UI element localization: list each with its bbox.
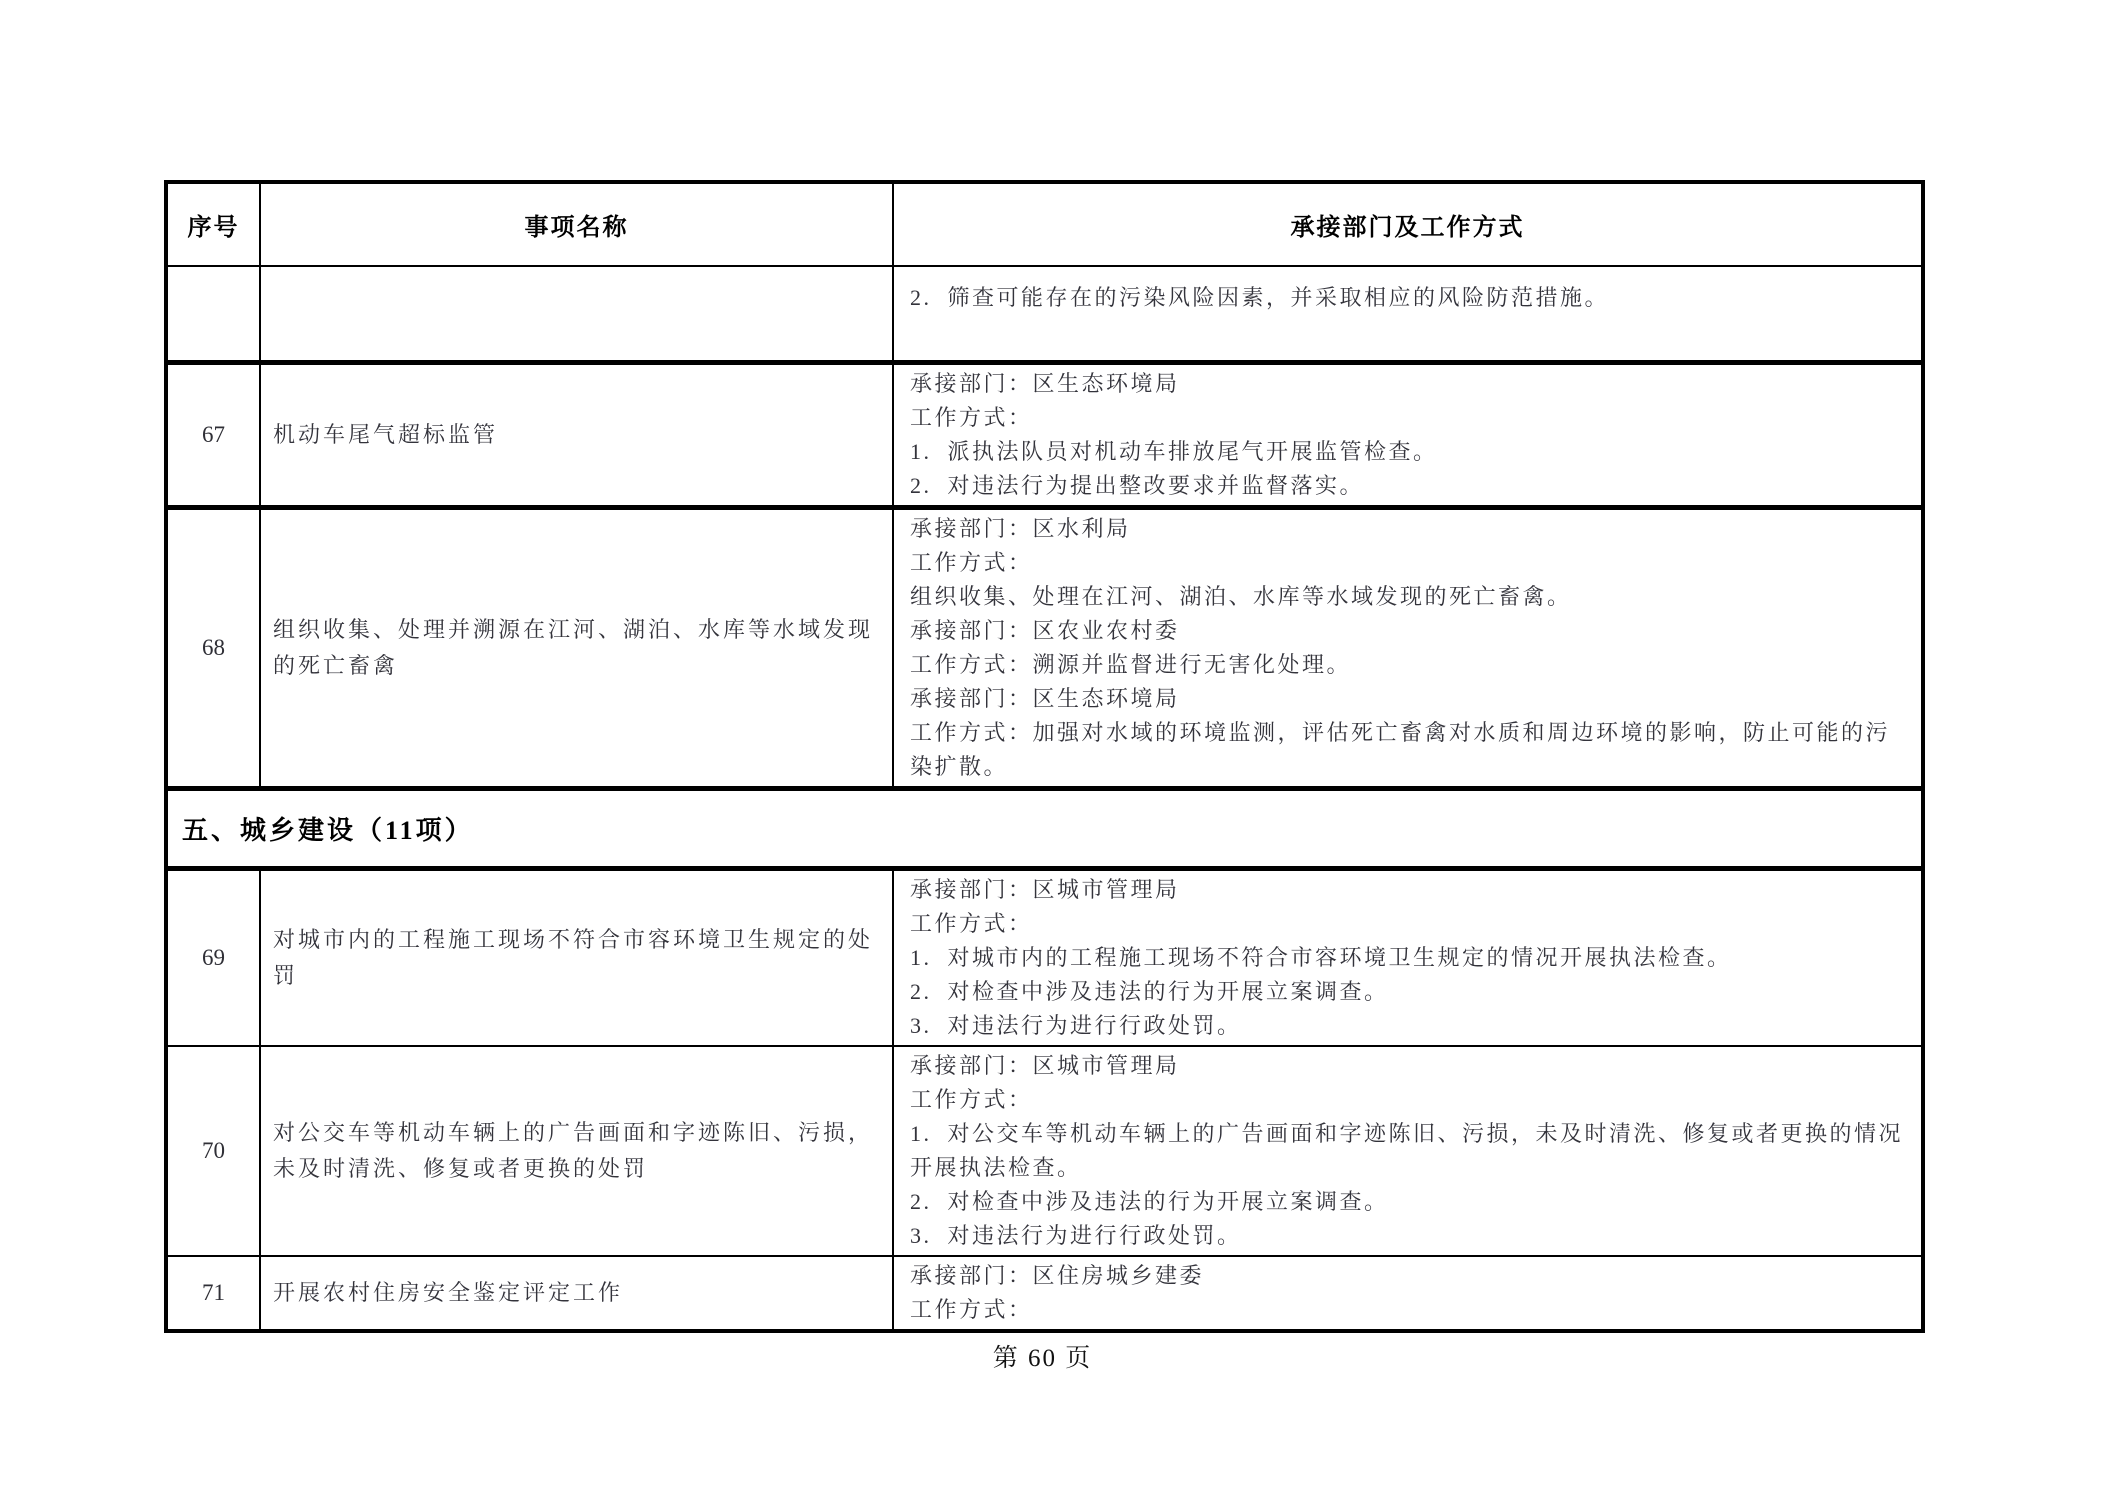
detail-line: 工作方式： xyxy=(910,1083,1905,1117)
detail-line: 3. 对违法行为进行行政处罚。 xyxy=(910,1219,1905,1253)
detail-line: 1. 派执法队员对机动车排放尾气开展监管检查。 xyxy=(910,435,1905,469)
detail-line: 承接部门：区农业农村委 xyxy=(910,614,1905,648)
row-index-cell: 71 xyxy=(166,1256,260,1331)
detail-line: 承接部门：区水利局 xyxy=(910,512,1905,546)
matters-table: 序号 事项名称 承接部门及工作方式 2. 筛查可能存在的污染风险因素，并采取相应… xyxy=(164,180,1925,1333)
detail-line: 工作方式： xyxy=(910,1293,1905,1327)
item-name-cell: 对城市内的工程施工现场不符合市容环境卫生规定的处罚 xyxy=(260,868,893,1046)
detail-cell: 2. 筛查可能存在的污染风险因素，并采取相应的风险防范措施。 xyxy=(893,266,1923,362)
table-row-71: 71 开展农村住房安全鉴定评定工作 承接部门：区住房城乡建委 工作方式： xyxy=(166,1256,1923,1331)
section-title: 五、城乡建设（11项） xyxy=(166,788,1923,868)
page-number: 第 60 页 xyxy=(164,1338,1921,1374)
col-header-index: 序号 xyxy=(166,182,260,266)
row-index-cell: 68 xyxy=(166,507,260,788)
item-name-cell xyxy=(260,266,893,362)
row-index-cell xyxy=(166,266,260,362)
row-index-cell: 69 xyxy=(166,868,260,1046)
detail-cell: 承接部门：区城市管理局 工作方式： 1. 对城市内的工程施工现场不符合市容环境卫… xyxy=(893,868,1923,1046)
detail-line: 承接部门：区城市管理局 xyxy=(910,1049,1905,1083)
detail-line: 承接部门：区生态环境局 xyxy=(910,367,1905,401)
detail-line: 2. 对违法行为提出整改要求并监督落实。 xyxy=(910,469,1905,503)
detail-line: 工作方式：溯源并监督进行无害化处理。 xyxy=(910,648,1905,682)
col-header-item-name: 事项名称 xyxy=(260,182,893,266)
detail-line: 2. 对检查中涉及违法的行为开展立案调查。 xyxy=(910,1185,1905,1219)
detail-cell: 承接部门：区城市管理局 工作方式： 1. 对公交车等机动车辆上的广告画面和字迹陈… xyxy=(893,1046,1923,1256)
row-index-cell: 67 xyxy=(166,362,260,507)
detail-line: 1. 对公交车等机动车辆上的广告画面和字迹陈旧、污损，未及时清洗、修复或者更换的… xyxy=(910,1117,1905,1185)
table-row-70: 70 对公交车等机动车辆上的广告画面和字迹陈旧、污损，未及时清洗、修复或者更换的… xyxy=(166,1046,1923,1256)
detail-line: 工作方式：加强对水域的环境监测，评估死亡畜禽对水质和周边环境的影响，防止可能的污… xyxy=(910,716,1905,784)
detail-line: 承接部门：区住房城乡建委 xyxy=(910,1259,1905,1293)
item-name-cell: 开展农村住房安全鉴定评定工作 xyxy=(260,1256,893,1331)
item-name-cell: 机动车尾气超标监管 xyxy=(260,362,893,507)
table-row-68: 68 组织收集、处理并溯源在江河、湖泊、水库等水域发现的死亡畜禽 承接部门：区水… xyxy=(166,507,1923,788)
table-row-69: 69 对城市内的工程施工现场不符合市容环境卫生规定的处罚 承接部门：区城市管理局… xyxy=(166,868,1923,1046)
detail-cell: 承接部门：区水利局 工作方式： 组织收集、处理在江河、湖泊、水库等水域发现的死亡… xyxy=(893,507,1923,788)
section-header-row: 五、城乡建设（11项） xyxy=(166,788,1923,868)
detail-line: 2. 对检查中涉及违法的行为开展立案调查。 xyxy=(910,975,1905,1009)
detail-line: 3. 对违法行为进行行政处罚。 xyxy=(910,1009,1905,1043)
detail-line: 工作方式： xyxy=(910,907,1905,941)
detail-line: 2. 筛查可能存在的污染风险因素，并采取相应的风险防范措施。 xyxy=(910,281,1905,315)
item-name-cell: 对公交车等机动车辆上的广告画面和字迹陈旧、污损，未及时清洗、修复或者更换的处罚 xyxy=(260,1046,893,1256)
table-row-continuation: 2. 筛查可能存在的污染风险因素，并采取相应的风险防范措施。 xyxy=(166,266,1923,362)
detail-line: 承接部门：区城市管理局 xyxy=(910,873,1905,907)
detail-line: 承接部门：区生态环境局 xyxy=(910,682,1905,716)
table-header-row: 序号 事项名称 承接部门及工作方式 xyxy=(166,182,1923,266)
document-page: 序号 事项名称 承接部门及工作方式 2. 筛查可能存在的污染风险因素，并采取相应… xyxy=(0,0,2103,1486)
detail-line: 组织收集、处理在江河、湖泊、水库等水域发现的死亡畜禽。 xyxy=(910,580,1905,614)
detail-cell: 承接部门：区住房城乡建委 工作方式： xyxy=(893,1256,1923,1331)
row-index-cell: 70 xyxy=(166,1046,260,1256)
detail-line: 工作方式： xyxy=(910,546,1905,580)
detail-line: 1. 对城市内的工程施工现场不符合市容环境卫生规定的情况开展执法检查。 xyxy=(910,941,1905,975)
detail-cell: 承接部门：区生态环境局 工作方式： 1. 派执法队员对机动车排放尾气开展监管检查… xyxy=(893,362,1923,507)
table-row-67: 67 机动车尾气超标监管 承接部门：区生态环境局 工作方式： 1. 派执法队员对… xyxy=(166,362,1923,507)
col-header-department-method: 承接部门及工作方式 xyxy=(893,182,1923,266)
item-name-cell: 组织收集、处理并溯源在江河、湖泊、水库等水域发现的死亡畜禽 xyxy=(260,507,893,788)
detail-line: 工作方式： xyxy=(910,401,1905,435)
